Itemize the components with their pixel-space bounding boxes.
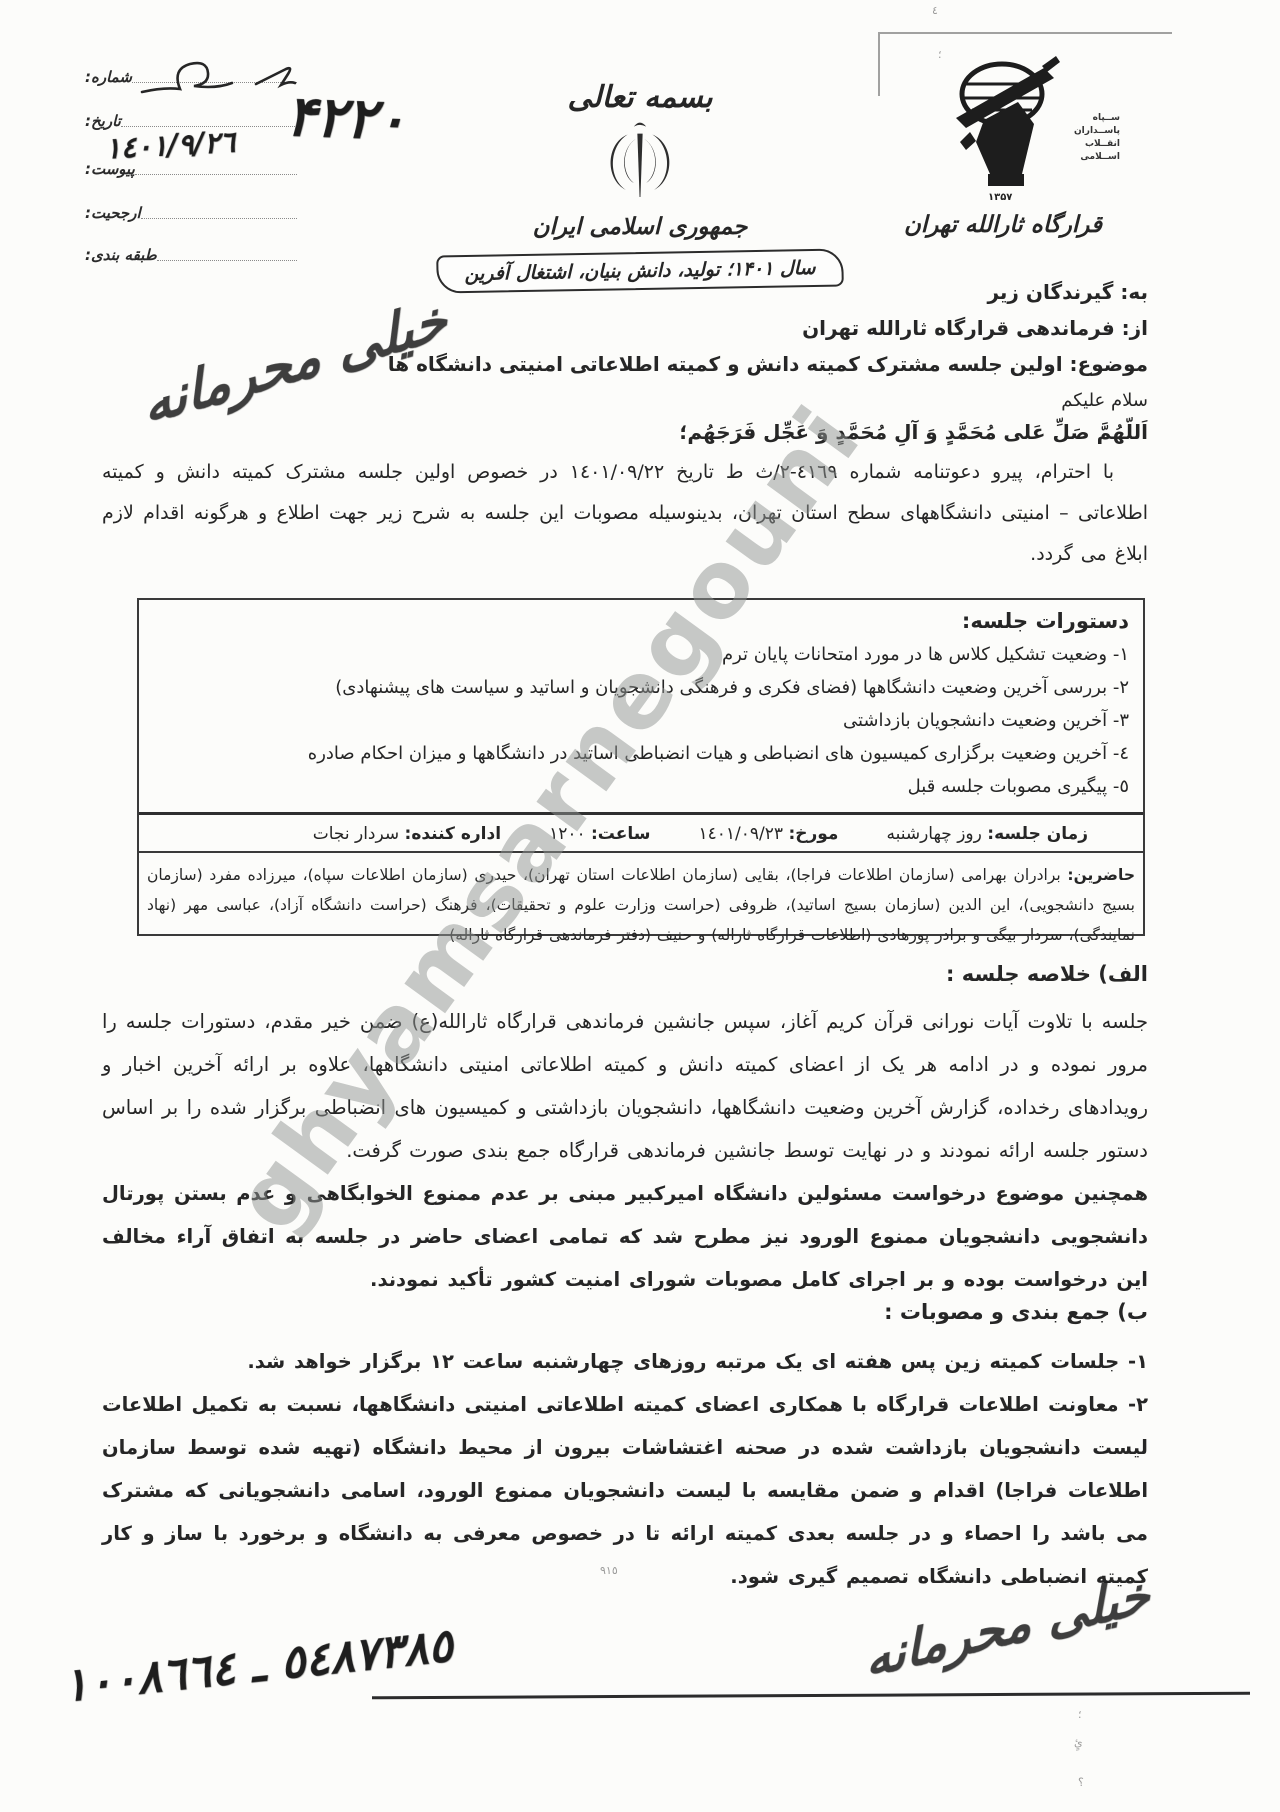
irgc-logo-icon bbox=[926, 48, 1078, 206]
schedule-time-value: روز چهارشنبه bbox=[886, 824, 981, 844]
form-date-label: تاریخ: bbox=[85, 112, 121, 130]
letter-from-line: از: فرماندهی قرارگاه ثارالله تهران bbox=[802, 316, 1148, 340]
schedule-hour-value: ١٢٠٠ bbox=[549, 824, 586, 844]
schedule-date-label: مورخ: bbox=[788, 824, 838, 844]
dotted-line bbox=[141, 206, 297, 219]
scanned-letter-page: ٤ ؛ شماره: تاریخ: پیوست: ارجحیت: طبقه بن… bbox=[0, 0, 1280, 1812]
bismillah-heading: بسمه تعالی bbox=[567, 80, 712, 115]
schedule-hour: ساعت: ١٢٠٠ bbox=[549, 824, 650, 844]
handwritten-date: ١٤٠١/٩/٢٦ bbox=[104, 125, 236, 166]
irgc-side-line: اســلامی bbox=[1074, 151, 1120, 164]
resolutions-heading: ب) جمع بندی و مصوبات : bbox=[884, 1300, 1148, 1324]
irgc-side-line: پاســداران bbox=[1074, 125, 1120, 138]
schedule-chair: اداره کننده: سردار نجات bbox=[313, 824, 501, 844]
schedule-row: زمان جلسه: روز چهارشنبه مورخ: ١٤٠١/٠٩/٢٣… bbox=[139, 815, 1143, 851]
summary-paragraph-2: همچنین موضوع درخواست مسئولین دانشگاه امی… bbox=[102, 1172, 1148, 1301]
irgc-side-line: انقــلاب bbox=[1074, 138, 1120, 151]
agenda-item: ٣- آخرین وضعیت دانشجویان بازداشتی bbox=[153, 704, 1129, 737]
dotted-line bbox=[157, 248, 297, 261]
form-number-label: شماره: bbox=[85, 68, 132, 86]
agenda-item: ٢- بررسی آخرین وضعیت دانشگاهها (فضای فکر… bbox=[153, 671, 1129, 704]
schedule-date-value: ١٤٠١/٠٩/٢٣ bbox=[699, 824, 784, 844]
irgc-founding-year: ۱۳۵۷ bbox=[988, 192, 1012, 203]
republic-title: جمهوری اسلامی ایران bbox=[533, 214, 748, 240]
scan-noise-mark: ٤ bbox=[932, 4, 938, 17]
schedule-chair-value: سردار نجات bbox=[313, 824, 399, 844]
page-mark: ٩١٥ bbox=[600, 1564, 618, 1577]
irgc-side-line: ســپاه bbox=[1074, 112, 1120, 125]
agenda-item: ٤- آخرین وضعیت برگزاری کمیسیون های انضبا… bbox=[153, 737, 1129, 770]
letter-to-line: به: گیرندگان زیر bbox=[987, 280, 1148, 304]
irgc-side-text: ســپاه پاســداران انقــلاب اســلامی bbox=[1074, 112, 1120, 164]
stamp-underline bbox=[372, 1692, 1250, 1699]
schedule-hour-label: ساعت: bbox=[591, 824, 651, 844]
agenda-section: دستورات جلسه: ١- وضعیت تشکیل کلاس ها در … bbox=[139, 600, 1143, 803]
salawat-line: اَللّهُمَّ صَلِّ عَلی مُحَمَّدٍ وَ آلِ م… bbox=[679, 420, 1148, 444]
summary-paragraph-1: جلسه با تلاوت آیات نورانی قرآن کریم آغاز… bbox=[102, 1000, 1148, 1172]
intro-paragraph: با احترام، پیرو دعوتنامه شماره ٤١٦٩-٢/ث … bbox=[102, 452, 1148, 575]
agenda-box: دستورات جلسه: ١- وضعیت تشکیل کلاس ها در … bbox=[137, 598, 1145, 936]
attendees-paragraph: حاضرین: برادران بهرامی (سازمان اطلاعات ف… bbox=[139, 853, 1143, 959]
summary-body: جلسه با تلاوت آیات نورانی قرآن کریم آغاز… bbox=[102, 1000, 1148, 1301]
dotted-line bbox=[135, 162, 297, 175]
form-priority-label: ارجحیت: bbox=[85, 204, 141, 222]
schedule-time-label: زمان جلسه: bbox=[987, 824, 1088, 844]
schedule-chair-label: اداره کننده: bbox=[405, 824, 502, 844]
scrawl-icon bbox=[138, 56, 303, 104]
form-row-priority: ارجحیت: bbox=[85, 204, 303, 222]
secrecy-stamp-top: خیلی محرمانه bbox=[141, 286, 450, 436]
agenda-item: ٥- پیگیری مصوبات جلسه قبل bbox=[153, 770, 1129, 803]
handwritten-number-scrawl bbox=[138, 56, 303, 104]
agenda-title: دستورات جلسه: bbox=[153, 609, 1129, 633]
scan-noise-mark: ؟ bbox=[1078, 1776, 1084, 1789]
agenda-item: ١- وضعیت تشکیل کلاس ها در مورد امتحانات … bbox=[153, 638, 1129, 671]
schedule-date: مورخ: ١٤٠١/٠٩/٢٣ bbox=[699, 824, 839, 844]
scan-noise-mark: ئٍ bbox=[1074, 1736, 1083, 1749]
scan-noise-mark: ؛ bbox=[1078, 1708, 1082, 1721]
year-slogan-box: سال ۱۴۰۱؛ تولید، دانش بنیان، اشتغال آفری… bbox=[436, 248, 844, 293]
letter-subject-line: موضوع: اولین جلسه مشترک کمیته دانش و کمی… bbox=[388, 352, 1148, 376]
summary-heading: الف) خلاصه جلسه : bbox=[946, 962, 1148, 986]
resolutions-body: ١- جلسات کمیته زین پس هفته ای یک مرتبه ر… bbox=[102, 1340, 1148, 1598]
resolution-item: ١- جلسات کمیته زین پس هفته ای یک مرتبه ر… bbox=[102, 1340, 1148, 1383]
handwritten-registration-number: ۴۲۲۰ bbox=[285, 84, 408, 153]
schedule-time: زمان جلسه: روز چهارشنبه bbox=[886, 824, 1088, 844]
form-row-classification: طبقه بندی: bbox=[85, 246, 303, 264]
form-classification-label: طبقه بندی: bbox=[85, 246, 157, 264]
hq-name: قرارگاه ثارالله تهران bbox=[904, 212, 1102, 238]
iran-emblem-icon bbox=[596, 118, 684, 218]
attendees-text: برادران بهرامی (سازمان اطلاعات فراجا)، ب… bbox=[147, 866, 1135, 944]
salam-line: سلام علیکم bbox=[1061, 390, 1148, 411]
resolution-item: ٢- معاونت اطلاعات قرارگاه با همکاری اعضا… bbox=[102, 1383, 1148, 1598]
attendees-label: حاضرین: bbox=[1067, 866, 1135, 884]
